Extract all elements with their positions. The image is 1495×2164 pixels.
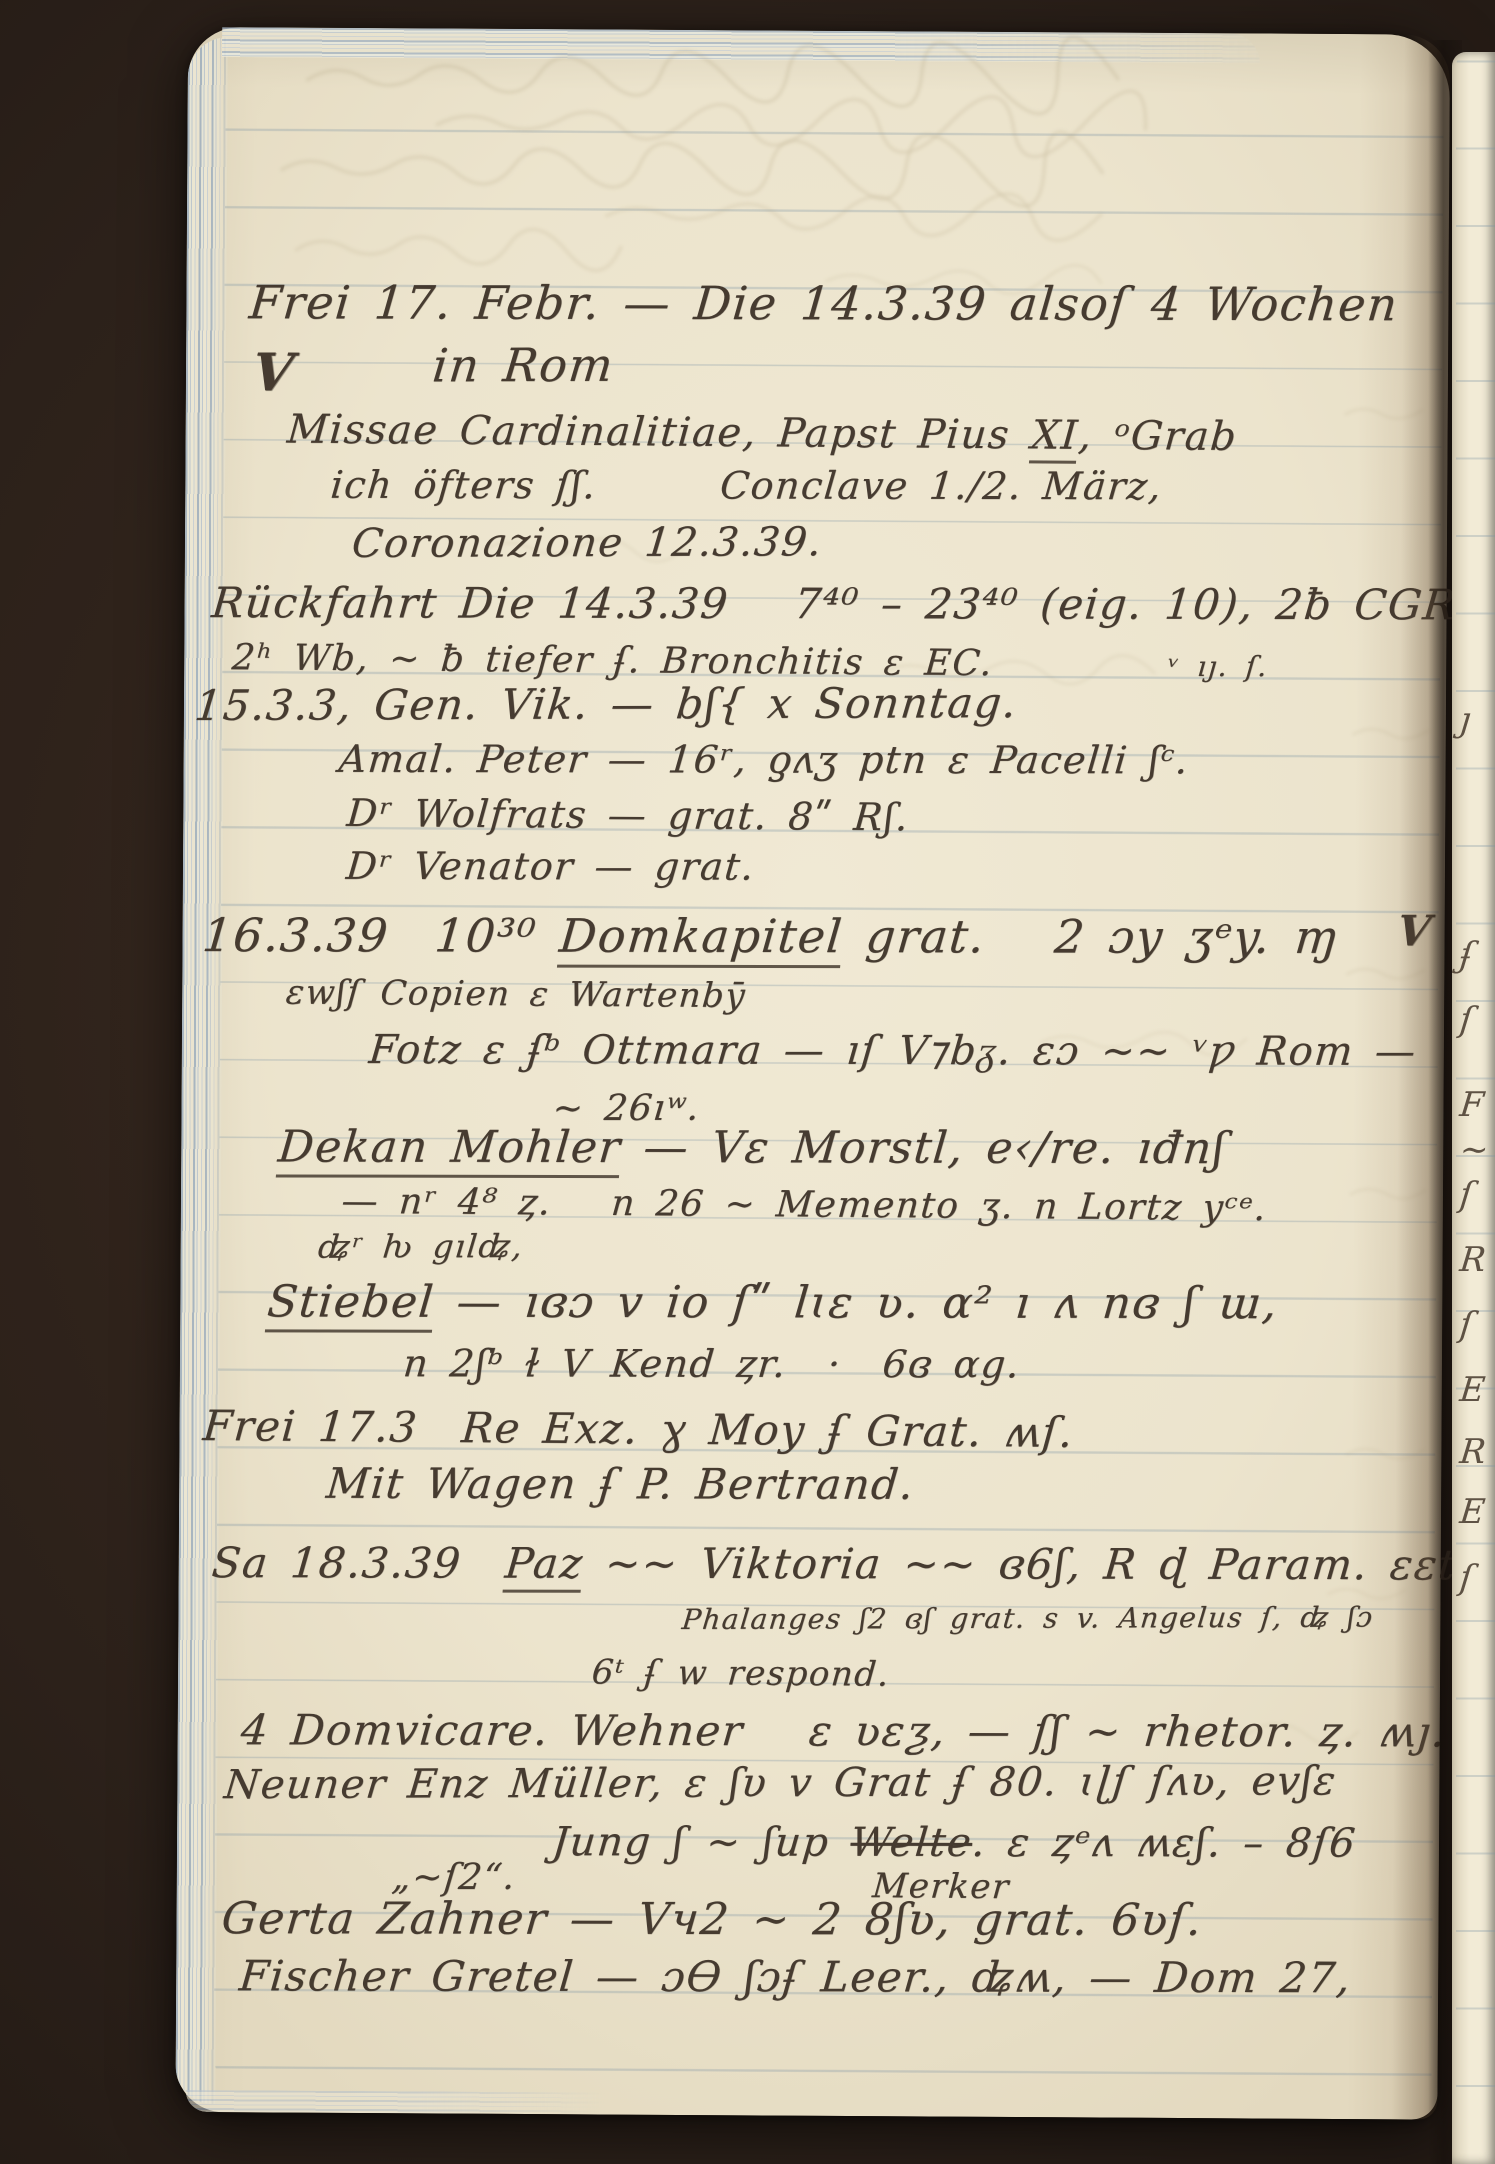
handwriting-fragment: E: [1458, 1492, 1487, 1532]
handwriting-line: V: [251, 347, 298, 399]
handwriting-segment: , ᵒGrab: [1077, 413, 1239, 460]
handwriting-segment: ʥʳ ƕ gılʥ,: [316, 1227, 525, 1266]
handwriting-segment: 2ʰ Wb, ~ ƀ tiefer ʄ. Bronchitis ɛ EC.: [230, 637, 994, 684]
handwriting-fragment: F: [1458, 1085, 1486, 1125]
handwriting-segment: — nʳ 4⁸ ȥ. n 26 ~ Memento ʒ. n Lortz yᶜᵉ…: [340, 1181, 1268, 1229]
handwriting-line: 4 Domvicare. Wehner ɛ ʋɛƺ, — ſʃ ~ rhetor…: [239, 1709, 1448, 1753]
handwriting-line: — nʳ 4⁸ ȥ. n 26 ~ Memento ʒ. n Lortz yᶜᵉ…: [340, 1184, 1268, 1227]
handwriting-segment: ~~ Viktoria ~~ ɞ6ʃ, R ɖ Param. ɛɛtᵘ.: [581, 1539, 1492, 1590]
handwriting-line: 2ʰ Wb, ~ ƀ tiefer ʄ. Bronchitis ɛ EC.: [231, 640, 995, 682]
handwriting-segment: Dekan Mohler: [276, 1122, 624, 1179]
handwriting-line: Dekan Mohler — Vɛ Morstl, e‹/re. ıđnʃ: [276, 1126, 1228, 1172]
handwriting-segment: Jung ʃ ~ ʃup: [550, 1819, 852, 1865]
notebook-page: Frei 17. Febr. — Die 14.3.39 alsoſ 4 Woc…: [175, 27, 1450, 2120]
handwriting-segment: Dʳ Venator — grat.: [344, 844, 756, 889]
handwriting-line: ʥʳ ƕ gılʥ,: [317, 1230, 526, 1263]
handwriting-segment: Gerta Zahner — Vч2 ~ 2 8ʃʋ, grat. 6ʋſ.: [219, 1893, 1204, 1946]
handwriting-line: n 2ʃᵇ ɫ V Kend ȥr. · 6ɞ ɑg.: [402, 1344, 1022, 1383]
handwriting-fragment: E: [1458, 1370, 1487, 1410]
handwriting-segment: Missae Cardinalitiae, Papst Pius: [285, 407, 1033, 459]
handwriting-fragment: R: [1458, 1240, 1488, 1280]
handwriting-line: Phalanges ʃ2 ɞʃ grat. s v. Angelus ſ, ʥ …: [681, 1604, 1375, 1634]
handwriting-line: Dʳ Wolfrats — grat. 8ʺ Rʃ.: [345, 794, 910, 836]
handwriting-segment: . ɛ ȥᵉʌ ʍɛʃ. – 8ſ6: [970, 1820, 1358, 1867]
handwriting-line: ᵛ ıȷ. ſ.: [1167, 653, 1270, 681]
handwriting-segment: Amal. Peter — 16ʳ, ƍʌʒ ptn ɛ Pacelli ʃᶜ.: [337, 737, 1191, 782]
handwriting-segment: Rückfahrt Die 14.3.39 7⁴⁰ – 23⁴⁰ (eig. 1…: [210, 578, 1495, 629]
handwriting-line: Fotz ɛ ʄᵇ Ottmara — ıſ V⁊bᵹ. ɛɔ ~~ ᵛƿ Ro…: [367, 1030, 1418, 1072]
handwriting-line: 6ᵗ ʄ w respond.: [591, 1655, 892, 1691]
handwriting-line: 15.3.3, Gen. Vik. — bʃ{ x Sonntag.: [193, 682, 1020, 727]
handwriting-segment: ɛwʃſ Copien ɛ Wartenbȳ: [284, 973, 747, 1017]
handwriting-segment: Domkapitel: [557, 909, 845, 968]
handwriting-segment: in Rom: [430, 338, 617, 393]
handwriting-segment: Welte: [849, 1820, 975, 1866]
handwriting-line: in Rom: [431, 342, 617, 389]
handwriting-line: Amal. Peter — 16ʳ, ƍʌʒ ptn ɛ Pacelli ʃᶜ.: [337, 740, 1190, 779]
handwriting-line: Gerta Zahner — Vч2 ~ 2 8ʃʋ, grat. 6ʋſ.: [220, 1897, 1205, 1943]
handwriting-line: ɛwʃſ Copien ɛ Wartenbȳ: [285, 976, 748, 1014]
handwriting-segment: „~ſ2“.: [390, 1857, 518, 1898]
handwriting-segment: Mit Wagen ʄ P. Bertrand.: [324, 1459, 916, 1509]
handwriting-line: Missae Cardinalitiae, Papst Pius XI, ᵒGr…: [286, 410, 1239, 457]
adjacent-page-edge: ȷʄſF~ſRſEREſ: [1452, 52, 1495, 2164]
handwriting-segment: XI: [1029, 412, 1080, 463]
handwriting-line: 16.3.39 10³⁰ Domkapitel grat. 2 ɔy ʒᵉy. …: [201, 912, 1342, 960]
handwriting-segment: Sa 18.3.39: [210, 1538, 508, 1587]
handwriting-layer: Frei 17. Febr. — Die 14.3.39 alsoſ 4 Woc…: [175, 27, 1450, 2120]
handwriting-segment: 6ᵗ ʄ w respond.: [590, 1652, 891, 1694]
handwriting-line: Dʳ Venator — grat.: [345, 847, 757, 886]
handwriting-segment: 15.3.3, Gen. Vik. — bʃ{ x Sonntag.: [193, 678, 1020, 730]
handwriting-segment: Coronazione 12.3.39.: [350, 519, 825, 567]
handwriting-segment: Frei 17.3 Re Exz. ɣ Moy ʄ Grat. ʍſ.: [201, 1401, 1076, 1457]
handwriting-line: Rückfahrt Die 14.3.39 7⁴⁰ – 23⁴⁰ (eig. 1…: [210, 582, 1495, 626]
handwriting-segment: — Vɛ Morstl, e‹/re. ıđnʃ: [619, 1122, 1229, 1174]
handwriting-line: Stiebel — ıɞɔ v io ſʺ lɩɛ ʋ. ɑ² ı ʌ nɞ ʃ…: [266, 1280, 1280, 1326]
handwriting-segment: V: [250, 342, 297, 403]
handwriting-segment: Stiebel: [265, 1276, 437, 1332]
handwriting-segment: Neuner Enz Müller, ɛ ʃυ v Grat ʄ 80. ɩɭſ…: [222, 1758, 1339, 1808]
handwriting-fragment: R: [1458, 1432, 1488, 1472]
handwriting-segment: ᵛ ıȷ. ſ.: [1167, 650, 1270, 683]
handwriting-segment: Phalanges ʃ2 ɞʃ grat. s v. Angelus ſ, ʥ …: [680, 1601, 1375, 1636]
handwriting-line: Fischer Gretel — ɔƟ ʃɔʄ Leer., ʥʍ, — Dom…: [238, 1955, 1354, 1999]
handwriting-line: Neuner Enz Müller, ɛ ʃυ v Grat ʄ 80. ɩɭſ…: [222, 1761, 1338, 1805]
handwriting-line: Coronazione 12.3.39.: [350, 522, 825, 564]
handwriting-segment: grat. 2 ɔy ʒᵉy. ɱ: [840, 909, 1341, 964]
handwriting-segment: Frei 17. Febr. — Die 14.3.39 alsoſ 4 Woc…: [247, 275, 1401, 331]
handwriting-segment: Dʳ Wolfrats — grat. 8ʺ Rʃ.: [345, 791, 911, 839]
handwriting-line: ich öfters ſʃ. Conclave 1./2. März,: [329, 466, 1164, 505]
handwriting-segment: ich öfters ſʃ. Conclave 1./2. März,: [329, 463, 1164, 508]
handwriting-segment: Fischer Gretel — ɔƟ ʃɔʄ Leer., ʥʍ, — Dom…: [237, 1951, 1353, 2002]
handwriting-segment: 16.3.39 10³⁰: [200, 908, 562, 963]
handwriting-line: Frei 17. Febr. — Die 14.3.39 alsoſ 4 Woc…: [247, 279, 1400, 327]
handwriting-segment: Fotz ɛ ʄᵇ Ottmara — ıſ V⁊bᵹ. ɛɔ ~~ ᵛƿ Ro…: [367, 1027, 1418, 1075]
handwriting-line: Mit Wagen ʄ P. Bertrand.: [325, 1463, 917, 1506]
handwriting-segment: — ıɞɔ v io ſʺ lɩɛ ʋ. ɑ² ı ʌ nɞ ʃ ɯ,: [432, 1277, 1280, 1329]
handwriting-line: Frei 17.3 Re Exz. ɣ Moy ʄ Grat. ʍſ.: [201, 1405, 1075, 1454]
handwriting-fragment: ~: [1458, 1130, 1491, 1170]
handwriting-segment: n 2ʃᵇ ɫ V Kend ȥr. · 6ɞ ɑg.: [401, 1341, 1022, 1386]
scanned-photo: { "document": { "kind": "handwritten not…: [0, 0, 1495, 2164]
handwriting-line: „~ſ2“.: [390, 1860, 518, 1896]
handwriting-segment: 4 Domvicare. Wehner ɛ ʋɛƺ, — ſʃ ~ rhetor…: [239, 1705, 1449, 1756]
handwriting-line: Jung ʃ ~ ʃup Welte. ɛ ȥᵉʌ ʍɛʃ. – 8ſ6: [551, 1822, 1358, 1863]
handwriting-segment: Paz: [503, 1539, 586, 1593]
handwriting-line: Sa 18.3.39 Paz ~~ Viktoria ~~ ɞ6ʃ, R ɖ P…: [210, 1542, 1492, 1586]
